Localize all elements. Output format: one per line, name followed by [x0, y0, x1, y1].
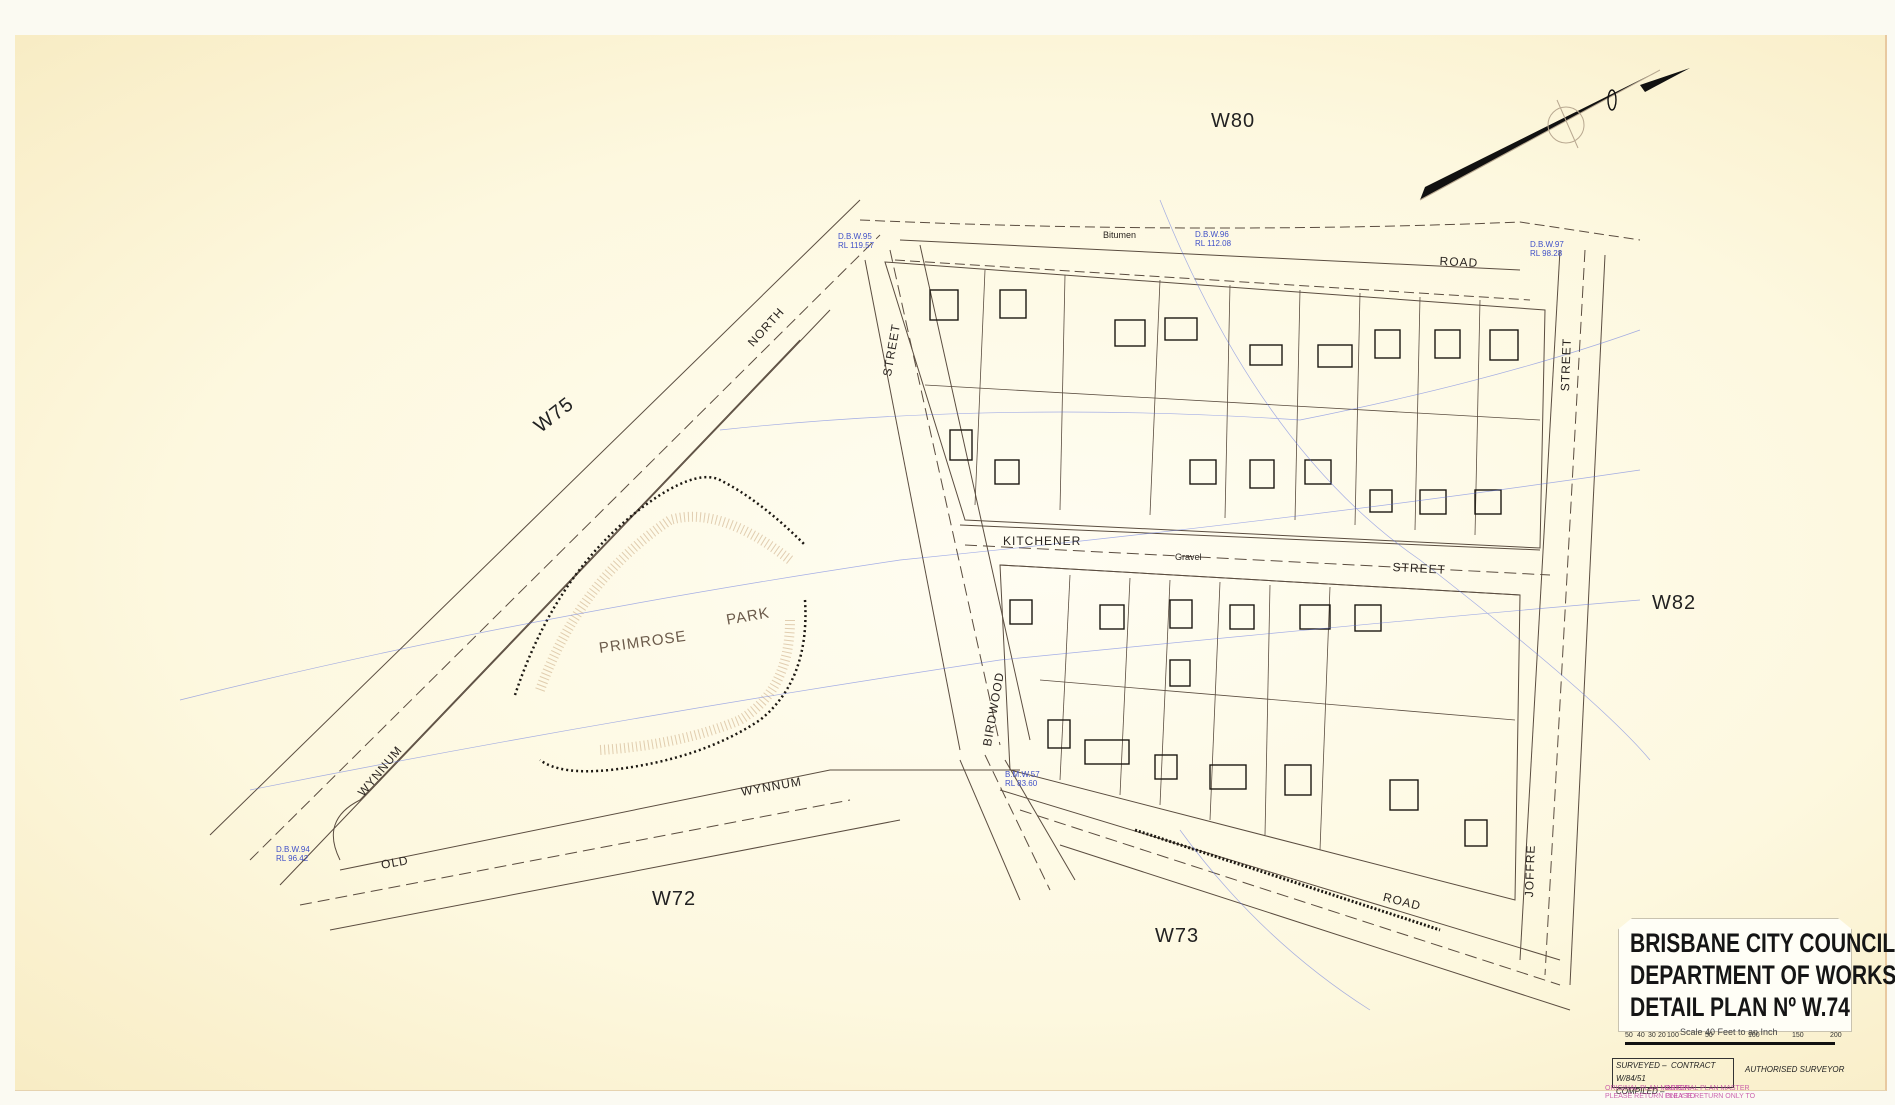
- master-plan-stamp: ORIGINAL PLAN MASTERPLEASE RETURN ONLY T…: [1665, 1085, 1755, 1101]
- scale-tick: 40: [1637, 1032, 1645, 1039]
- benchmark-bmw57: B.M.W.57RL 83.60: [1005, 770, 1040, 788]
- adjoining-sheet-south: W73: [1155, 925, 1199, 948]
- street-label-kitchener: KITCHENER: [1003, 534, 1081, 548]
- benchmark-dbw95: D.B.W.95RL 119.57: [838, 232, 874, 250]
- benchmark-dbw97: D.B.W.97RL 98.28: [1530, 240, 1564, 258]
- title-plan-number: DETAIL PLAN Nº W.74: [1630, 992, 1850, 1023]
- scale-bar: [1625, 1042, 1835, 1045]
- street-label-joffre-street: STREET: [1558, 338, 1574, 392]
- adjoining-sheet-east: W82: [1652, 592, 1696, 615]
- surface-note-bitumen: Bitumen: [1103, 230, 1136, 240]
- surveyed-label: SURVEYED –: [1616, 1061, 1667, 1070]
- street-label-kitchener-street: STREET: [1392, 560, 1446, 577]
- scale-tick: 150: [1792, 1032, 1804, 1039]
- scale-tick: 30: [1648, 1032, 1656, 1039]
- street-label-road-top: ROAD: [1439, 254, 1478, 270]
- survey-certificate-box: SURVEYED – CONTRACT W/84/51 COMPILED –: [1612, 1058, 1734, 1088]
- scale-tick: 0: [1675, 1032, 1679, 1039]
- scale-tick: 50: [1705, 1032, 1713, 1039]
- scale-tick: 200: [1830, 1032, 1842, 1039]
- adjoining-sheet-north: W80: [1211, 110, 1255, 133]
- benchmark-dbw94: D.B.W.94RL 96.42: [276, 845, 310, 863]
- scale-tick: 100: [1748, 1032, 1760, 1039]
- benchmark-dbw96: D.B.W.96RL 112.08: [1195, 230, 1231, 248]
- scale-text: Scale 40 Feet to an Inch: [1680, 1027, 1778, 1037]
- surface-note-gravel: Gravel: [1175, 552, 1202, 562]
- north-arrow-icon: [1420, 68, 1690, 200]
- street-label-joffre: JOFFRE: [1522, 844, 1538, 897]
- title-council: BRISBANE CITY COUNCIL: [1630, 928, 1895, 959]
- survey-linework: [0, 0, 1895, 1105]
- adjoining-sheet-southwest: W72: [652, 888, 696, 911]
- scale-tick: 20: [1658, 1032, 1666, 1039]
- scale-tick: 10: [1667, 1032, 1675, 1039]
- authorised-surveyor-label: AUTHORISED SURVEYOR: [1745, 1065, 1844, 1074]
- scale-tick: 50: [1625, 1032, 1633, 1039]
- title-department: DEPARTMENT OF WORKS: [1630, 960, 1895, 991]
